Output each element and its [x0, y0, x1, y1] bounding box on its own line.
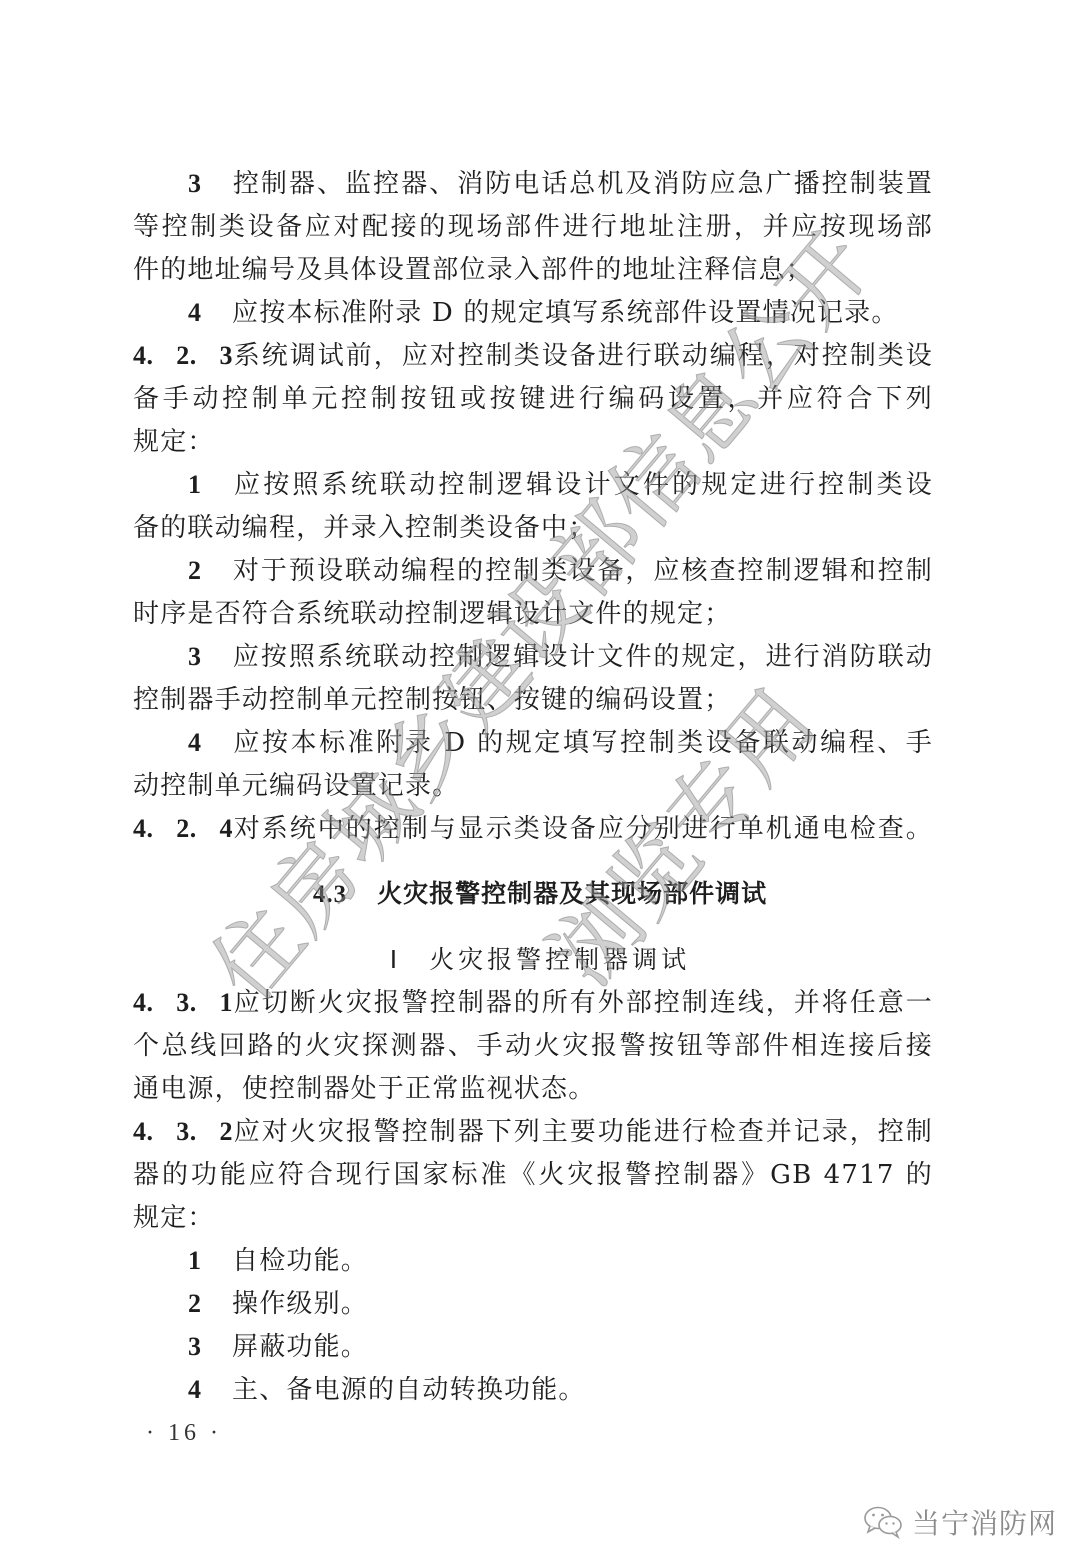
text-line: 动控制单元编码设置记录。 — [133, 770, 933, 802]
text-line: 规定： — [133, 426, 933, 458]
clause-number: 4. 2. 4 — [133, 813, 233, 845]
list-item: 4主、备电源的自动转换功能。 — [133, 1374, 933, 1406]
text-line-content: 备手动控制单元控制按钮或按键进行编码设置，并应符合下列 — [133, 384, 933, 414]
text-line-content: 等控制类设备应对配接的现场部件进行地址注册，并应按现场部 — [133, 212, 933, 242]
clause-number: 4. 2. 3 — [133, 340, 233, 372]
text-line-content: 规定： — [133, 427, 215, 457]
text-line: 备的联动编程，并录入控制类设备中； — [133, 512, 933, 544]
text-line: 备手动控制单元控制按钮或按键进行编码设置，并应符合下列 — [133, 383, 933, 415]
subsection-number: Ⅰ — [390, 947, 401, 974]
clause-text: 系统调试前，应对控制类设备进行联动编程，对控制类设 — [233, 341, 933, 371]
list-item: 3屏蔽功能。 — [133, 1331, 933, 1363]
item-number: 4 — [188, 297, 232, 329]
text-line-content: 控制器手动控制单元控制按钮、按键的编码设置； — [133, 685, 731, 715]
list-item: 1自检功能。 — [133, 1245, 933, 1277]
text-line: 器的功能应符合现行国家标准《火灾报警控制器》GB 4717 的 — [133, 1159, 933, 1191]
text-line: 控制器手动控制单元控制按钮、按键的编码设置； — [133, 684, 933, 716]
item-text: 对于预设联动编程的控制类设备，应核查控制逻辑和控制 — [232, 556, 933, 586]
clause: 4. 3. 1应切断火灾报警控制器的所有外部控制连线，并将任意一 — [133, 987, 933, 1019]
clause-text: 应对火灾报警控制器下列主要功能进行检查并记录，控制 — [233, 1117, 933, 1147]
item-text: 自检功能。 — [232, 1246, 368, 1276]
text-line-content: 动控制单元编码设置记录。 — [133, 771, 459, 801]
item-text: 控制器、监控器、消防电话总机及消防应急广播控制装置 — [232, 169, 933, 199]
list-item: 3控制器、监控器、消防电话总机及消防应急广播控制装置 — [133, 168, 933, 200]
item-number: 1 — [188, 469, 232, 501]
item-number: 3 — [188, 168, 232, 200]
section-title-text: 火灾报警控制器及其现场部件调试 — [377, 879, 767, 908]
text-line-content: 个总线回路的火灾探测器、手动火灾报警按钮等部件相连接后接 — [133, 1031, 933, 1061]
page-number: · 16 · — [146, 1418, 222, 1448]
item-text: 屏蔽功能。 — [232, 1332, 368, 1362]
item-text: 主、备电源的自动转换功能。 — [232, 1375, 586, 1405]
item-number: 4 — [188, 1374, 232, 1406]
list-item: 2操作级别。 — [133, 1288, 933, 1320]
clause-number: 4. 3. 1 — [133, 987, 233, 1019]
text-line-content: 备的联动编程，并录入控制类设备中； — [133, 513, 595, 543]
section-number: 4.3 — [313, 881, 347, 908]
clause-text: 应切断火灾报警控制器的所有外部控制连线，并将任意一 — [233, 988, 933, 1018]
list-item: 2对于预设联动编程的控制类设备，应核查控制逻辑和控制 — [133, 555, 933, 587]
text-line-content: 规定： — [133, 1203, 215, 1233]
wechat-icon — [862, 1505, 904, 1539]
text-line: 通电源，使控制器处于正常监视状态。 — [133, 1073, 933, 1105]
document-page: 3控制器、监控器、消防电话总机及消防应急广播控制装置 等控制类设备应对配接的现场… — [0, 0, 1080, 1566]
list-item: 3应按照系统联动控制逻辑设计文件的规定，进行消防联动 — [133, 641, 933, 673]
text-line: 等控制类设备应对配接的现场部件进行地址注册，并应按现场部 — [133, 211, 933, 243]
item-number: 3 — [188, 641, 232, 673]
text-line-content: 时序是否符合系统联动控制逻辑设计文件的规定； — [133, 599, 731, 629]
item-text: 应按本标准附录 D 的规定填写系统部件设置情况记录。 — [232, 298, 899, 328]
clause: 4. 2. 3系统调试前，应对控制类设备进行联动编程，对控制类设 — [133, 340, 933, 372]
list-item: 4应按本标准附录 D 的规定填写系统部件设置情况记录。 — [133, 297, 933, 329]
text-line-content: 器的功能应符合现行国家标准《火灾报警控制器》GB 4717 的 — [133, 1160, 933, 1190]
subsection-title-text: 火灾报警控制器调试 — [429, 945, 690, 974]
list-item: 4应按本标准附录 D 的规定填写控制类设备联动编程、手 — [133, 727, 933, 759]
item-number: 4 — [188, 727, 232, 759]
text-line-content: 通电源，使控制器处于正常监视状态。 — [133, 1074, 595, 1104]
item-number: 1 — [188, 1245, 232, 1277]
subsection-heading: Ⅰ火灾报警控制器调试 — [0, 944, 1080, 977]
logo-text: 当宁消防网 — [912, 1502, 1057, 1542]
text-line: 个总线回路的火灾探测器、手动火灾报警按钮等部件相连接后接 — [133, 1030, 933, 1062]
text-line: 规定： — [133, 1202, 933, 1234]
item-number: 3 — [188, 1331, 232, 1363]
source-logo: 当宁消防网 — [862, 1502, 1057, 1542]
clause-number: 4. 3. 2 — [133, 1116, 233, 1148]
text-line: 件的地址编号及具体设置部位录入部件的地址注释信息； — [133, 254, 933, 286]
item-number: 2 — [188, 1288, 232, 1320]
clause: 4. 2. 4对系统中的控制与显示类设备应分别进行单机通电检查。 — [133, 813, 933, 845]
item-text: 应按照系统联动控制逻辑设计文件的规定，进行消防联动 — [232, 642, 933, 672]
list-item: 1应按照系统联动控制逻辑设计文件的规定进行控制类设 — [133, 469, 933, 501]
clause: 4. 3. 2应对火灾报警控制器下列主要功能进行检查并记录，控制 — [133, 1116, 933, 1148]
text-line-content: 件的地址编号及具体设置部位录入部件的地址注释信息； — [133, 255, 813, 285]
item-text: 操作级别。 — [232, 1289, 368, 1319]
item-text: 应按本标准附录 D 的规定填写控制类设备联动编程、手 — [232, 728, 933, 758]
clause-text: 对系统中的控制与显示类设备应分别进行单机通电检查。 — [233, 814, 933, 844]
item-number: 2 — [188, 555, 232, 587]
text-line: 时序是否符合系统联动控制逻辑设计文件的规定； — [133, 598, 933, 630]
section-heading: 4.3火灾报警控制器及其现场部件调试 — [0, 878, 1080, 911]
item-text: 应按照系统联动控制逻辑设计文件的规定进行控制类设 — [232, 470, 933, 500]
